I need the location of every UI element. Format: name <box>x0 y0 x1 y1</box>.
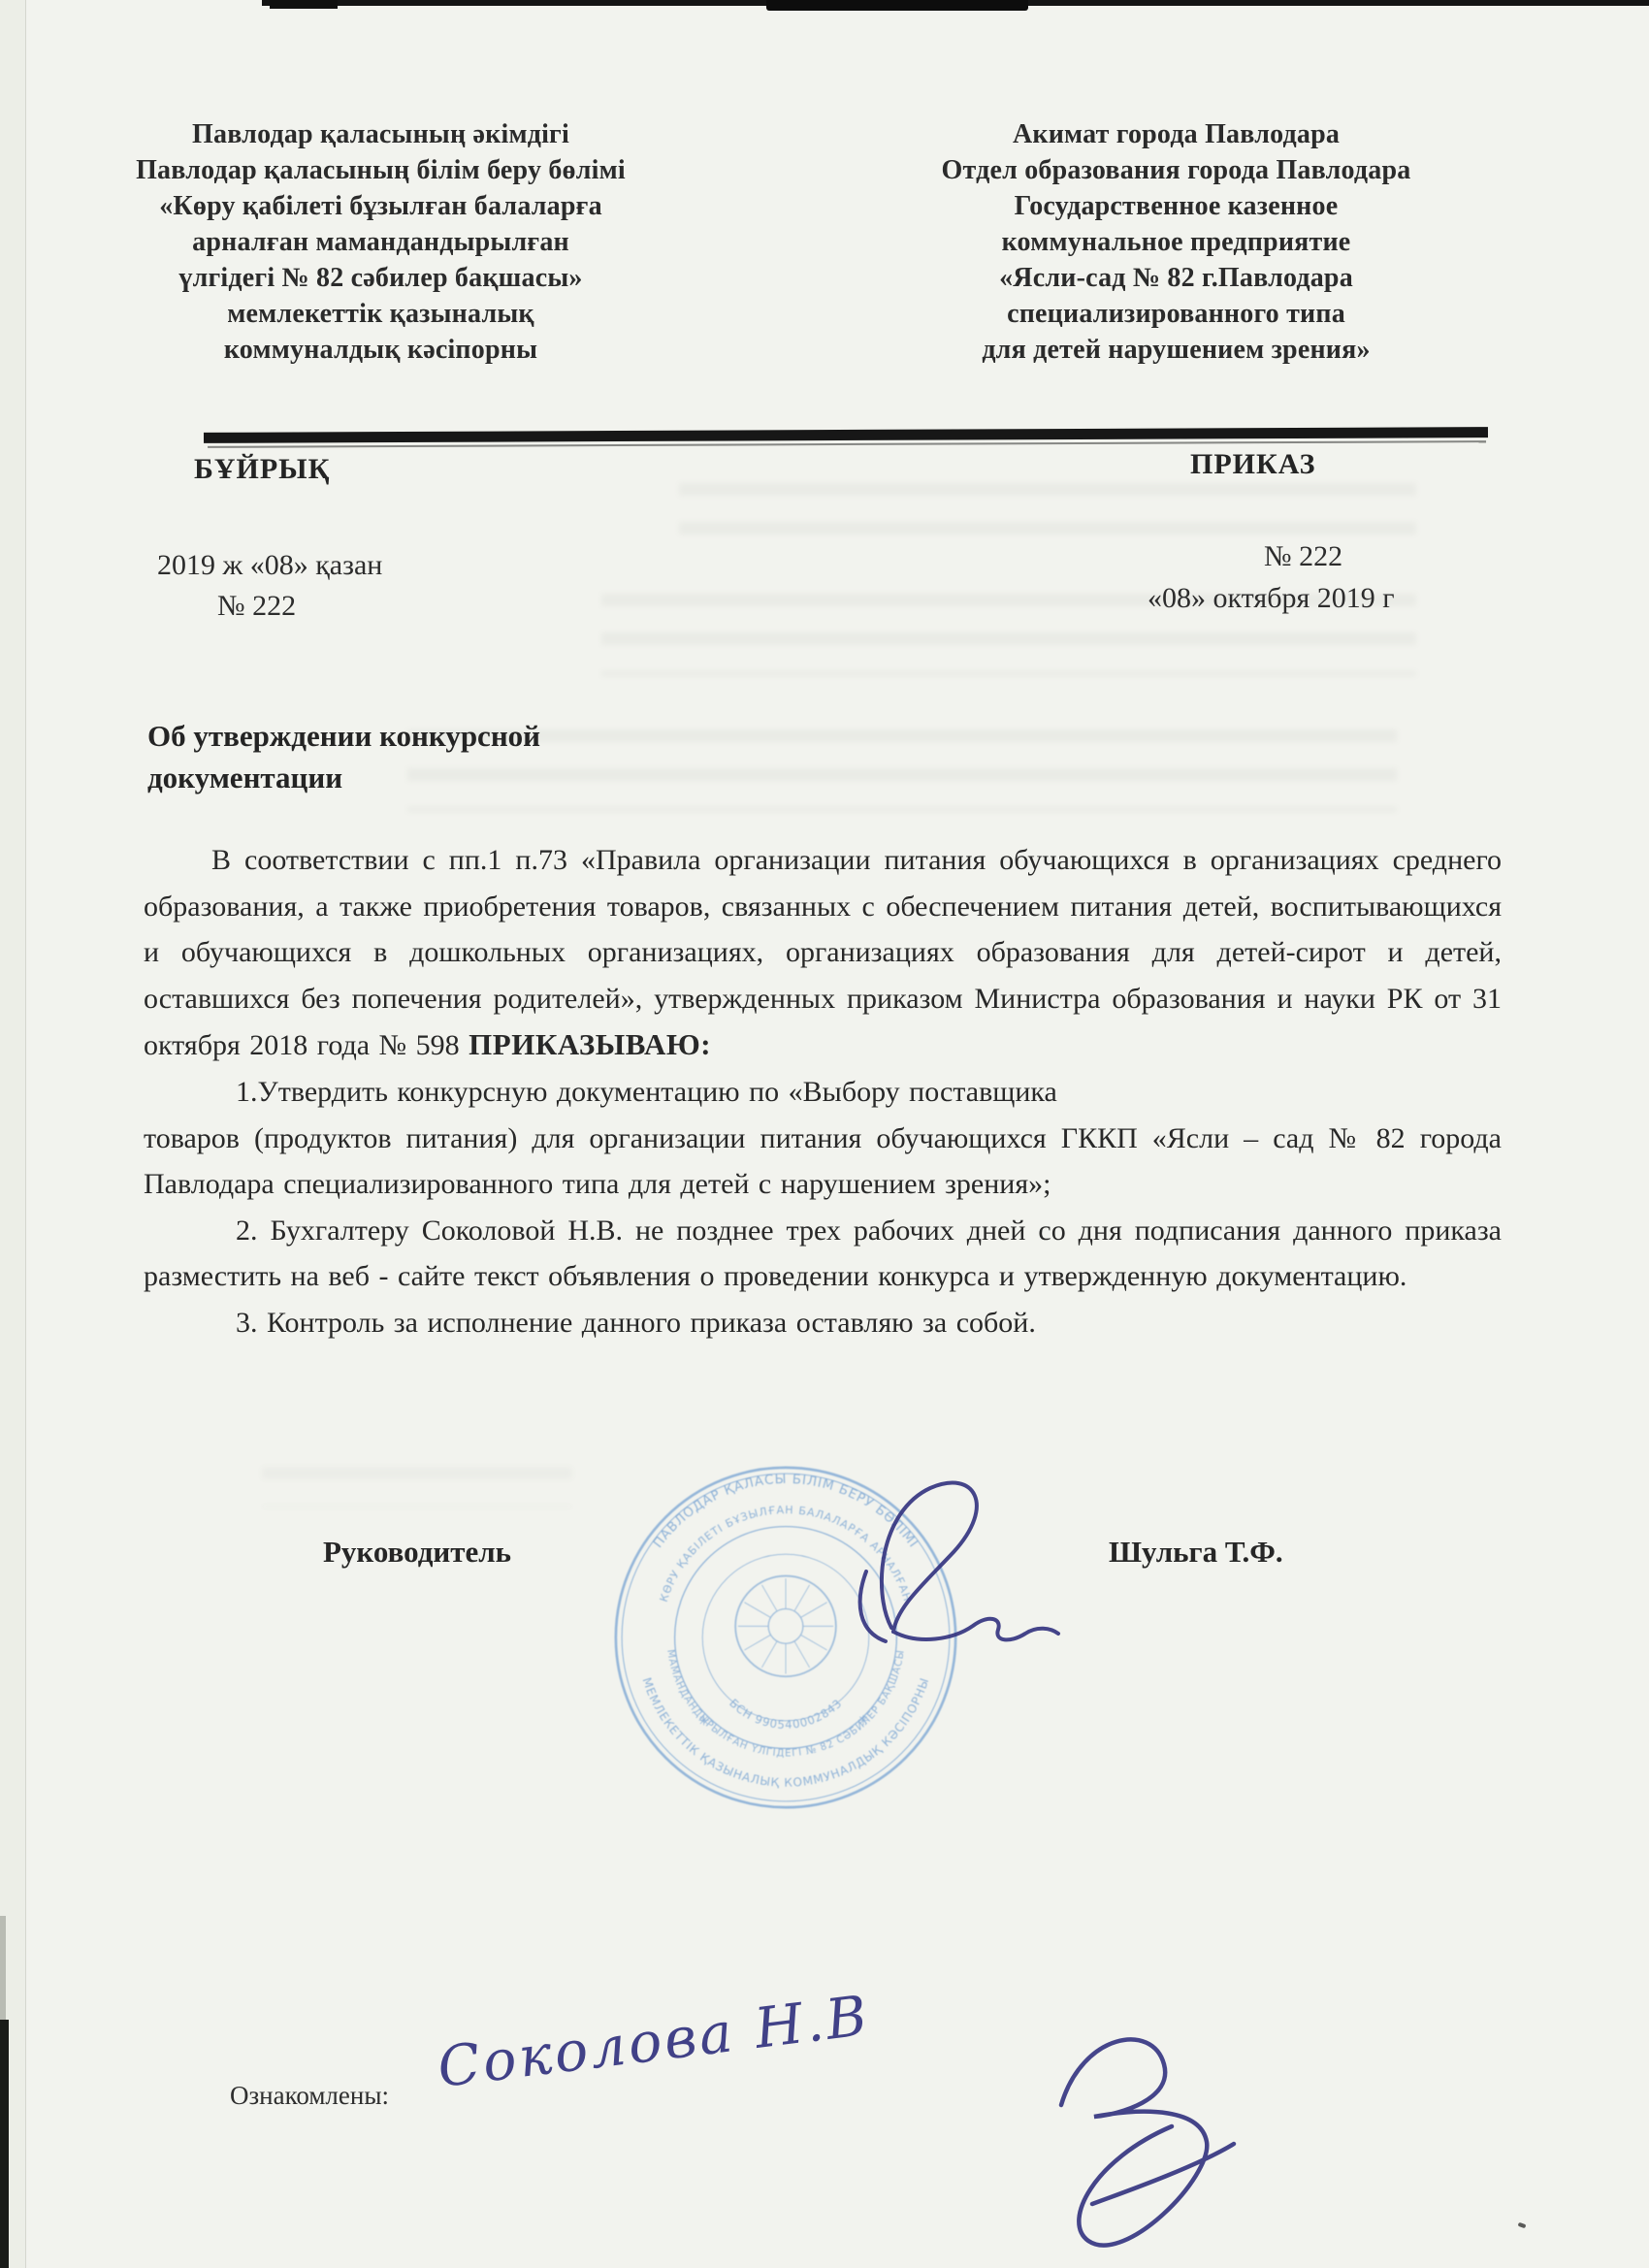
scan-edge-left-grey <box>0 1916 6 2020</box>
order-item-2: 2. Бухгалтеру Соколовой Н.В. не позднее … <box>144 1208 1502 1300</box>
stamp-emblem-icon <box>735 1576 836 1677</box>
signatory-name: Шульга Т.Ф. <box>1109 1535 1283 1570</box>
order-date-kazakh: 2019 ж «08» қазан <box>157 549 382 582</box>
org-header-russian-line: «Ясли-сад № 82 г.Павлодара <box>854 260 1499 296</box>
order-item-3: 3. Контроль за исполнение данного приказ… <box>144 1300 1502 1346</box>
org-header-kazakh-line: мемлекеттік қазыналық <box>136 296 626 332</box>
director-signature-ink <box>829 1455 1130 1678</box>
org-header-kazakh-line: коммуналдық кәсіпорны <box>136 332 626 368</box>
scan-dot-artifact <box>1518 2222 1527 2228</box>
org-header-russian-line: для детей нарушением зрения» <box>854 332 1499 368</box>
intro-paragraph: В соответствии с пп.1 п.73 «Правила орга… <box>144 837 1502 1069</box>
org-header-kazakh-line: арналған мамандандырылған <box>136 224 626 260</box>
org-header-russian-line: коммунальное предприятие <box>854 224 1499 260</box>
org-header-kazakh-line: Павлодар қаласының әкімдігі <box>136 116 626 152</box>
bleed-through-smudge <box>679 483 1416 539</box>
order-number-russian: № 222 <box>1264 540 1342 573</box>
org-header-russian: Акимат города Павлодара Отдел образовани… <box>854 116 1499 368</box>
acknowledgement-handwritten-name: Соколова Н.В <box>435 1984 874 2100</box>
stamp-bin-code-text: БСН 990540002843 <box>727 1697 845 1732</box>
bleed-through-smudge <box>407 729 1397 812</box>
acknowledgement-label: Ознакомлены: <box>230 2081 389 2111</box>
scan-edge-top-segment <box>270 0 338 9</box>
header-divider-rule <box>204 427 1488 443</box>
scan-edge-left-black <box>0 2020 9 2268</box>
order-item-1-continuation: товаров (продуктов питания) для организа… <box>144 1116 1502 1208</box>
order-subject-line2: документации <box>147 757 540 798</box>
order-number-kazakh: № 222 <box>217 590 296 623</box>
acknowledgement-signature-flourish <box>999 1979 1271 2268</box>
intro-resolution-word: ПРИКАЗЫВАЮ: <box>469 1027 711 1061</box>
order-subject: Об утверждении конкурсной документации <box>147 715 540 798</box>
org-header-russian-line: Отдел образования города Павлодара <box>854 152 1499 188</box>
org-header-kazakh-line: үлгідегі № 82 сәбилер бақшасы» <box>136 260 626 296</box>
order-item-1-line1: 1.Утвердить конкурсную документацию по «… <box>144 1069 1502 1116</box>
signatory-role-label: Руководитель <box>323 1535 511 1570</box>
order-title-russian: ПРИКАЗ <box>1190 448 1316 481</box>
stamp-star-separator-icon: ✳ <box>857 1713 870 1729</box>
bleed-through-smudge <box>262 1467 572 1507</box>
org-header-russian-line: Государственное казенное <box>854 188 1499 224</box>
org-header-kazakh-line: Павлодар қаласының білім беру бөлімі <box>136 152 626 188</box>
scan-edge-top-thick <box>766 0 1028 11</box>
scanned-order-document: Павлодар қаласының әкімдігі Павлодар қал… <box>0 0 1649 2268</box>
order-date-russian: «08» октября 2019 г <box>1148 582 1395 615</box>
org-header-russian-line: Акимат города Павлодара <box>854 116 1499 152</box>
order-title-kazakh: БҰЙРЫҚ <box>194 453 330 486</box>
org-header-russian-line: специализированного типа <box>854 296 1499 332</box>
org-header-kazakh-line: «Көру қабілеті бұзылған балаларға <box>136 188 626 224</box>
org-header-kazakh: Павлодар қаласының әкімдігі Павлодар қал… <box>136 116 626 368</box>
intro-text: В соответствии с пп.1 п.73 «Правила орга… <box>144 844 1502 1061</box>
order-subject-line1: Об утверждении конкурсной <box>147 715 540 757</box>
order-body: В соответствии с пп.1 п.73 «Правила орга… <box>144 837 1502 1346</box>
stamp-star-separator-icon: ✳ <box>698 1713 711 1729</box>
